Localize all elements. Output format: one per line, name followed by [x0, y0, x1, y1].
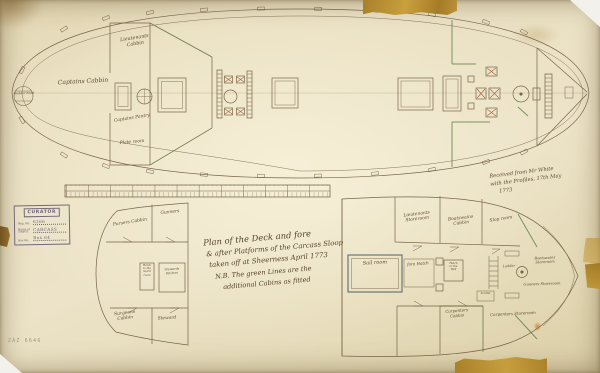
- stamp-row-label: Box No.: [18, 239, 33, 242]
- deck-plan-outline: [12, 9, 589, 178]
- stamp-row-value: 6266: [33, 219, 66, 225]
- stamp-row-value: Box 64: [33, 235, 66, 241]
- tape-patch-right-lower: [585, 263, 600, 289]
- deck-rim-ports: [19, 7, 528, 177]
- scanned-ship-plan: CURATOR Neg. No. 6266 Name of Subject CA…: [0, 0, 600, 373]
- tape-patch-bottom: [455, 357, 547, 373]
- after-platform-plan: [96, 203, 188, 345]
- stamp-row-value: CARCASS: [33, 227, 66, 233]
- fore-platform-plan: [342, 196, 578, 356]
- scale-bar: [65, 185, 330, 197]
- tape-patch-right-upper: [583, 238, 600, 264]
- curator-stamp-title: CURATOR: [24, 208, 60, 218]
- stamp-row-label: Name of Subject: [18, 228, 33, 234]
- stamp-row: Box No. Box 64: [18, 235, 66, 241]
- stamp-row: Name of Subject CARCASS: [18, 227, 66, 233]
- stamp-row: Neg. No. 6266: [18, 219, 66, 225]
- archive-number: ZAZ 6646: [8, 339, 42, 344]
- stamp-row-label: Neg. No.: [18, 222, 33, 225]
- curator-stamp: CURATOR Neg. No. 6266 Name of Subject CA…: [14, 205, 71, 246]
